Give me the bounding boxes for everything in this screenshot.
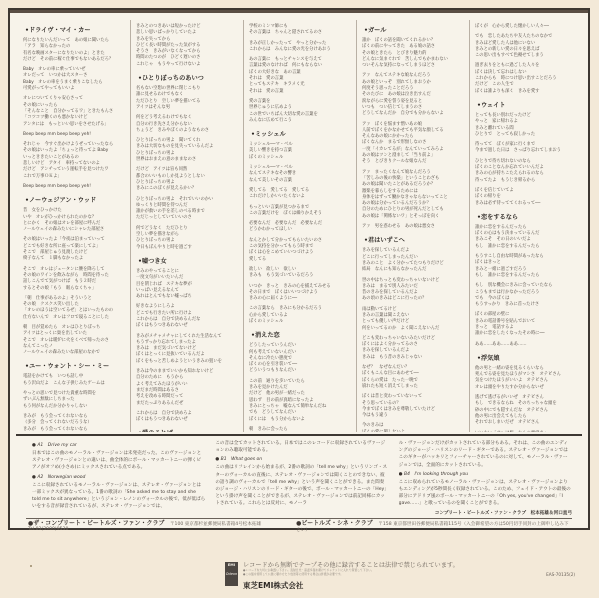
lyric-stanza: そこで オレはジュータンに腰を降ろしてその娘のワインを飲みながら 時間を待った話… xyxy=(23,267,125,292)
footer: EMI Odeon レコードから無断でテープその他に録音することは法律で禁じられ… xyxy=(225,562,565,594)
lyric-line: 仕方ないんで オレはフロで寝ることにした xyxy=(23,315,125,321)
lyric-stanza: 過ぎ去りをともに過ごした人々をぼくは決して忘れはしないこれからも 時につけ思い出… xyxy=(475,63,577,94)
lyric-stanza: なぜ？ なぜなんだい？ぼくもこんな目にあわせて──ぼくらの愛は たった一晩で崩れ… xyxy=(362,365,464,390)
lyric-line: どういうつもりなんだい xyxy=(249,368,351,374)
lyric-stanza: 他の男と一緒の姿を見るくらいなら死んでる姿を見たほうがマシさ オテビさん気をつけ… xyxy=(475,366,577,391)
lyric-line: ぼくをもっと苦しめようというきみの狙いを xyxy=(136,359,238,365)
lyric-stanza: 必要なんだ 必要なんだ 必要なんだどうかわかってほしい xyxy=(249,221,351,234)
lyric-line: 誰かに恋をしたくなったその時に── xyxy=(475,331,577,337)
fan-club-name: ●ザ・コンプリート・ビートルズ・ファン・クラブ xyxy=(28,520,164,527)
lyric-stanza: アァ まったくなんて娘なんだろう「苦しみの後の快楽」ということわざもあの娘は聞い… xyxy=(362,170,464,220)
lyric-line: ぼくには もう分からないよ xyxy=(249,417,351,423)
lyric-stanza: きみが もう会ってくれないなら（多分 会ってくれないだろうな）きみが もう会って… xyxy=(23,414,125,432)
lyric-line: 今日もぼんやりと時を過ごす xyxy=(136,245,238,251)
lyric-stanza: アァ ぼくを悩ます憎いあの娘人前でぼくをかなかせても平気な顔してるそんなあの娘に… xyxy=(362,122,464,166)
notes-middle: この音は全てカットされている。日本ではこのレコードに収録されているヴァージョンの… xyxy=(215,440,388,528)
lyric-stanza: 待ってて ぼくが家に行くまで今まで過した日は さっぱり忘れてしまおう xyxy=(475,142,577,155)
liner-notes: ● A1 Drive my car 日本ではこの曲のモノーラル・ヴァージョンは未… xyxy=(32,440,572,528)
lyric-stanza: 雨は動いてるけどきみの言葉は聞こえないとっても優しい声だけど何をいってるのか よ… xyxy=(362,307,464,332)
lyric-line: どうしてなんだか 自分でも分からないよ xyxy=(362,111,464,117)
lyric-stanza: ぼくが 心から愛した懐かしい人々── xyxy=(475,24,577,30)
lyric-line: もうすっかり きみに首ったけさ xyxy=(475,302,577,308)
lyric-line: ぼくの愛に関しないよ xyxy=(362,430,464,432)
lyrics-column: ぼくが 心から愛した懐かしい人々──でも 恋したあたちや友人たちのなかできみほど… xyxy=(470,20,582,432)
song-title: ユー・ウォント・シー・ミー xyxy=(25,361,125,370)
lyric-line: この言葉だけを ぼくは繰りかえそう xyxy=(249,211,351,217)
lyric-line: ぼくは誰よりも深く きみを愛す xyxy=(475,89,577,95)
lyric-line: 「オレのほうは空いてるぜ」とはいったものの xyxy=(23,308,125,314)
lyric-line: ちょうど きみやぼくのようなものさ xyxy=(136,128,238,134)
lyric-line: きみの心に届くように── xyxy=(249,296,351,302)
lyric-line: これじゃ もうやって行けないよ xyxy=(136,62,238,68)
song-title: ノーウェジアン・ウッド xyxy=(25,195,125,204)
song-title: 恋をするなら xyxy=(477,212,577,221)
lyric-stanza: きみとのつきあいは短かったけど悲しい思いばっかりしていたよきみを失ってからひどく… xyxy=(136,24,238,68)
lyric-line: 今まで過した日は さっぱり忘れてしまおう xyxy=(475,148,577,154)
note-heading: ● A2 Norwegian wood xyxy=(32,474,205,480)
lyric-stanza: もうすこし自由な時間があったならぼくはきっときみと一緒に過ごすだろうもし 誰かに… xyxy=(475,254,577,279)
lyric-line: もし 誰かに恋をするんだったら xyxy=(475,244,577,250)
logo-emi-text: EMI xyxy=(225,563,238,568)
lyric-stanza: Beep beep mm beep beep yeh! xyxy=(23,184,125,190)
emi-odeon-logo-icon: EMI Odeon xyxy=(225,562,238,586)
lyric-stanza: とっても長い別れだったけどやっと 家に帰れるよきみと離れている間ひとりで とって… xyxy=(475,113,577,138)
lyric-line: オレは頭をやりたすか分からないぜ xyxy=(475,385,577,391)
lyric-stanza: どうしたっていうんだい何も考えていないんだいそんなに冷たい態度でぼくの心を引き裂… xyxy=(249,343,351,374)
lyric-line: もう何がなんだか分かりゃしない xyxy=(23,404,125,410)
lyrics-column: ガール誰か ぼくの話を聞いてくれるかい？ぼくの前にやってきた ある娘の話さその娘… xyxy=(357,20,470,432)
lyric-line: 朝 きみに会ったら xyxy=(249,427,351,432)
fine-print-line: ●この盤を使用して公衆に聴かせたり放送等に使用する場合は許諾が必要です。 xyxy=(243,573,374,577)
lyric-line: その言葉は ちゃんと隠されてるのさ xyxy=(249,30,351,36)
lyric-stanza: 今のきみはぼくの愛に関しないよきみはいったいどこに行ったの？こんなに探し求めてい… xyxy=(362,423,464,432)
paper-stain xyxy=(30,565,32,567)
song-title: 消えた恋 xyxy=(251,330,351,339)
lyric-stanza: 朝 きみに会ったら窓からさんを持ってる様子だったでも もう 俺の言葉は変わった自… xyxy=(249,427,351,432)
song-title: 嘘つき女 xyxy=(138,256,238,265)
lyric-stanza: やっとの思いで見つけた貴重な時間をずいぶん無駄にしちまったもう何がなんだか分かり… xyxy=(23,391,125,410)
lyric-stanza: ぼくを信じていてよぼくの帰りをきみは必ず待っててくれるって── xyxy=(475,188,577,207)
lyric-line: ノールウェイの森みたいな部屋のなかで xyxy=(23,350,125,356)
lyric-stanza: 朝 目が覚めたら オレはひとりぼっちアイツはとっくに巣を出していたそこで オレは… xyxy=(23,325,125,356)
lyric-line: Beep beep mm beep beep yeh! xyxy=(23,132,125,138)
lyric-stanza: これからは 自分で決めろよぼくはもうつきあわないぜ xyxy=(136,411,238,424)
fine-print: ●レコードを大切にお取扱い下さい。直射日光・高温多湿を避けてジャケットに入れて保… xyxy=(243,569,374,576)
song-title: ミッシェル xyxy=(251,129,351,138)
song-title: 君はいずこへ xyxy=(364,235,464,244)
lyric-stanza: 電話をかけても いつも話し中もう沢山だよ こんな子供じみたゲームは xyxy=(23,374,125,387)
note-heading: ● A1 Drive my car xyxy=(32,442,205,448)
lyric-line: ぼくのミッシェル xyxy=(249,155,351,161)
lyric-line: 椅子なんて １脚もなかったよ xyxy=(23,256,125,262)
lyric-stanza: もし 別な機会にきみに会っていたならこうもまでは行かなかっただろうでも 今のぼく… xyxy=(475,283,577,308)
lyric-line: 世界はおまえの意のままなのさ xyxy=(136,157,238,163)
lyric-stanza: 世の中はちっとも変わっちゃいないけどきみは まるで別人みたいだ昔のきみを探してい… xyxy=(362,278,464,303)
lyric-line: きみにこのぼくが見えるかい？ xyxy=(136,186,238,192)
lyrics-column: 学校のミンマ師にもその言葉は ちゃんと隠されてるのさきみが正しかったって やっと… xyxy=(244,20,357,432)
lyric-stanza: 何でどうなく ただひとり空しい夢を描きながらひとりぼっちの男よ今日もぼんやりと時… xyxy=(136,226,238,251)
note-heading: ● B4 I'm looking through you xyxy=(399,471,572,477)
notes-left: ● A1 Drive my car 日本ではこの曲のモノーラル・ヴァージョンは未… xyxy=(32,440,205,528)
song-title: 愛のことば xyxy=(138,428,238,432)
lyric-stanza: もっといい言葉が見つかるまでこの言葉だけを ぼくは繰りかえそう xyxy=(249,205,351,218)
lyric-stanza: 昔 女をひっかけたいや オレがひっかけられたのかな？とにかく その娘はオレを部屋… xyxy=(23,208,125,233)
note-signature: コンプリート・ビートルズ・ファン・クラブ 松本拓雄＆河口直弓 xyxy=(399,510,572,516)
lyric-line: 待ってたよ もうじき帰るから xyxy=(475,178,577,184)
song-title: ガール xyxy=(364,25,464,34)
lyric-stanza: その娘はいったよ「今夜は泊まっていってどこでも好きな所に座って楽にしてよ」そこで… xyxy=(23,237,125,262)
lyric-stanza: ぼくは昔と変わっていないってそう思っているの？今までぼくはきみを尊敬していたけど… xyxy=(362,394,464,419)
notes-right: ル・ヴァージョンだけがカットされている部分もある。それは、この曲のエンディングの… xyxy=(399,440,572,528)
song-title: 浮気娘 xyxy=(477,353,577,362)
song-title: ウェイト xyxy=(477,100,577,109)
lyric-stanza: アァ なんてステキな娘なんだろうあの娘といっぞ 別れてしまおうか何度そう思ったこ… xyxy=(362,73,464,117)
lyric-stanza: ひとりぼっちの男よ それでいいのかいゆっくりと時間を待つんだ誰かが救いの手を差し… xyxy=(136,197,238,222)
lyric-line: そう とびきりクールな娘なんだ xyxy=(362,159,464,165)
lyric-line: なんて美しいその言葉 xyxy=(249,178,351,184)
lyric-line: それでおしまいだぜ オテビさん xyxy=(475,420,577,426)
lyric-stanza: 逃げて逃げるがいいぜ オテビさんもし できるならね そのちっちゃな頭を砂の中にで… xyxy=(475,395,577,426)
lyric-line: いいかい「オレは根っからの悪党さ」 xyxy=(475,431,577,432)
lyric-line: だけど その前に稼ぐ仕事でもないあるだろ？ xyxy=(23,57,125,63)
lyrics-columns: ドライヴ・マイ・カー何になりたいんだいって あの娘に聞いたら「アラ 知らなかった… xyxy=(18,20,582,432)
lyric-stanza: いつか きっと きみの心を捕えてみせるその日まで ぼくはいいつづけようきみの心に… xyxy=(249,284,351,303)
top-rule xyxy=(10,10,588,13)
lyric-stanza: きみがメチャメチャにしてくれた生活なんてもうずっかり忘れてしまったよきみは まだ… xyxy=(136,334,238,365)
lyric-stanza: それじゃ 今すぐ出かけようぜっていったならその娘はいったよ「ちょっと待ってよ B… xyxy=(23,142,125,180)
lyric-stanza: 欲しい 欲しい 欲しいきみも もう気づいているだろう xyxy=(249,267,351,280)
lyric-stanza: 何になりたいんだいって あの娘に聞いたら「アラ 知らなかったの有名な映画スターに… xyxy=(23,38,125,63)
lyric-line: アンタには もっといい思いをさせたげる」 xyxy=(23,122,125,128)
lyric-stanza: 誰か ぼくの話を聞いてくれるかい？ぼくの前にやってきた ある娘の話さその娘ときた… xyxy=(362,38,464,69)
lyric-line: ぼくが 心から愛した懐かしい人々── xyxy=(475,24,577,30)
lyric-line: あの頃のきみはどこに行ったの？ xyxy=(362,296,464,302)
lyric-stanza: この前 通りを歩いていたらきみを見かけたんだだけど 他の男が一緒だった思わず 目… xyxy=(249,379,351,423)
lyric-stanza: でも 恋したあたちや友人たちのなかできみほど愛した人は他にいないきみとの新しい愛… xyxy=(475,34,577,59)
lyric-line: 結局 なんにも知らなかったんだ xyxy=(362,267,464,273)
lyric-stanza: ひとりぼっちの男よ 聞いてくれきみは大切なものを見失っているんだよひとりぼっちの… xyxy=(136,138,238,163)
lyric-line: あの娘は「関係ないワ」とそっぽを向く xyxy=(362,214,464,220)
lyric-line: きみは もう昔のきみじゃない xyxy=(362,355,464,361)
lyric-line: アァ 男を惑わせる あの娘は悪女さ xyxy=(362,224,464,230)
lyric-stanza: Beep beep mm beep beep yeh! xyxy=(23,132,125,138)
lyric-line: きみは必ず待っててくれるって── xyxy=(475,201,577,207)
song-title: ひとりぼっちのあいつ xyxy=(138,73,238,82)
lyric-line: 何をいってるのか よく聞こえないんだ xyxy=(362,326,464,332)
lyric-line: Beep beep mm beep beep yeh! xyxy=(23,184,125,190)
lyric-line: もう沢山だよ こんな子供じみたゲームは xyxy=(23,381,125,387)
lyric-line: ただじっとしていていいのさ xyxy=(136,215,238,221)
lyric-line: ぼくはもうつきあわないぜ xyxy=(136,323,238,329)
note-text: 日本ではこの曲のモノーラル・ヴァージョンは未発売だった。このヴァージョンとステレ… xyxy=(32,450,205,472)
lyric-line: ついそんな気持になってしまうほどさ xyxy=(362,63,464,69)
lyric-stanza: アァ 男を惑わせる あの娘は悪女さ xyxy=(362,224,464,230)
lyric-line: するとその娘「もう 眠らなくちゃ」 xyxy=(23,286,125,292)
note-text: ここに収められているモノーラル・ヴァージョンは、ステレオ・ヴァージョンよりもエン… xyxy=(399,479,572,508)
lyric-stanza: ひとりで待ち切れないのならぼくのことなんか忘れていいんだよきみの心が持ちこたえら… xyxy=(475,159,577,184)
logo-odeon-text: Odeon xyxy=(225,572,238,577)
note-text: ル・ヴァージョンだけがカットされている部分もある。それは、この曲のエンディングの… xyxy=(399,440,572,469)
lyric-stanza: この言葉なら きみにも分かるだろう心から愛しているよぼくのミッシェル xyxy=(249,306,351,325)
lyric-line: ああ……ああ……ああ…… xyxy=(475,342,577,348)
song-title: ドライヴ・マイ・カー xyxy=(25,25,125,34)
note-text: この曲はリフレインから始まるが、2番の歌詞の「tell me why」というリン… xyxy=(215,464,388,507)
lyric-stanza: どこも変わっちゃいないみたいだけどぼくにはよく分かってるのさきみを探しているんだ… xyxy=(362,336,464,361)
lyric-stanza: きみが正しかったって やっと分かったこれからは みんなに愛の光を分けあおう xyxy=(249,41,351,54)
lyric-stanza: 誰かに恋をするんだったらぼくの心はもう決まっているんだきみこそ その日のいいだよ… xyxy=(475,225,577,250)
company-name: 東芝EMI株式会社 xyxy=(243,580,303,591)
lyric-line: 愛してる xyxy=(249,257,351,263)
lyric-stanza: 愛してる 愛してる 愛してるこれだけしかいいたくないよ xyxy=(249,188,351,201)
fan-club-left: ●ザ・コンプリート・ビートルズ・ファン・クラブ 〒100 東京都杉並郵便局私書箱… xyxy=(28,518,296,532)
fan-club-bar: ●ザ・コンプリート・ビートルズ・ファン・クラブ 〒100 東京都杉並郵便局私書箱… xyxy=(28,520,572,530)
lyric-line: みんなに広めて行こう xyxy=(249,118,351,124)
lyric-stanza: 名もない空想の世界に閉じこもり誰に見せるわけでもなくただひとり 空しい夢を描いて… xyxy=(136,86,238,111)
lyric-line: アイツはそんな男 xyxy=(136,105,238,111)
lyric-stanza: だけど アイツは盲も同然都合のいいものしか見ようとしないひとりぼっちの男よきみに… xyxy=(136,167,238,192)
cine-club-name: ●ビートルズ・シネ・クラブ xyxy=(296,520,373,527)
lyric-line: この思い出もすべて色褪せてしまう xyxy=(475,53,577,59)
note-heading: ● B1 What goes on xyxy=(215,456,388,462)
lyric-line: これで万事ＯＫよ」 xyxy=(23,174,125,180)
lyric-line: これからは みんなに愛の光を分けあおう xyxy=(249,47,351,53)
lyric-line: ぼくのミッシェル xyxy=(249,319,351,325)
note-text: ここに収録されているモノーラル・ヴァージョンは、ステレオ・ヴァージョンとは一部ミ… xyxy=(32,482,205,511)
lyric-stanza: 好きなようにしろよどこでも行きたい所に行けよこれからは 自分で決めるんだなぼくは… xyxy=(136,304,238,329)
lyric-line: きみが もう会ってくれないなら xyxy=(23,427,125,432)
lyric-line: 崩れたも短く消えてしまった xyxy=(362,384,464,390)
lyric-line: どうかわかってほしい xyxy=(249,227,351,233)
lyric-line: 可愛がってやってもいいよ xyxy=(23,86,125,92)
lyric-line: これだけしかいいたくないよ xyxy=(249,194,351,200)
lyric-stanza: なんとかして分かってもらいたいのさこの気持を分かってもらう時までぼくは心をこめて… xyxy=(249,238,351,263)
lyrics-column: ドライヴ・マイ・カー何になりたいんだいって あの娘に聞いたら「アラ 知らなかった… xyxy=(18,20,131,432)
catalog-number: EAS-70135(2) xyxy=(546,572,575,577)
lyrics-column: きみとのつきあいは短かったけど悲しい思いばっかりしていたよきみを失ってからひどく… xyxy=(131,20,244,432)
lyric-line: それは 愛の言葉 xyxy=(249,89,351,95)
lyric-line: ひとりで とっても寂しかった xyxy=(475,132,577,138)
lyric-line: ぼくはもうつきあわないぜ xyxy=(136,417,238,423)
lyric-stanza: きみを探しているんだよどこに行ってしまったんだいきみのこと よく分かってたつもり… xyxy=(362,248,464,273)
lyric-stanza: 愛の言葉を世界じゅうに広めようこの世でいちばん大切な愛の言葉をみんなに広めて行こ… xyxy=(249,99,351,124)
lyric-line: 今はもう違う xyxy=(362,413,464,419)
lyric-line: もし 誰かに恋をするんだったら xyxy=(475,273,577,279)
fan-club-right: ●ビートルズ・シネ・クラブ 〒158 東京都世田谷郵便局私書箱115号（入会御希… xyxy=(296,518,572,533)
lyric-stanza: ミッシェル──マ・ベルなんてステキなその響きなんて美しいその言葉 xyxy=(249,165,351,184)
lyric-stanza: きみは今のままでいいかも知れないけど自分のために もうからよく考えてみたほうがい… xyxy=(136,369,238,407)
lyric-stanza: ああ……ああ……ああ…… xyxy=(475,342,577,348)
lyric-stanza: 「朝 仕事があるのよ」そういうとその娘 クスクス笑い出した「オレのほうは空いてる… xyxy=(23,296,125,321)
lyric-line: まだたっぷりあるんだぜ xyxy=(136,401,238,407)
lyric-stanza: Baby オレの車に乗っていいぜオレだって いつかは大スターさBaby オレの車… xyxy=(23,67,125,92)
lyric-stanza: 何をどう考えるわけでもなく自分の行き先さえ分からないちょうど きみやぼくのような… xyxy=(136,115,238,134)
lyric-line: ノールウェイの森みたいにシャレた部屋さ xyxy=(23,227,125,233)
lyric-stanza: ぼくの部屋の壁にきみの電話番号を貼んでおいてきっと 電話するよ誰かに恋をしたくな… xyxy=(475,312,577,337)
lyric-stanza: きみのやってることに一度文句がいいたいんだ目を閉じれば ステキな夢がいっぱい見え… xyxy=(136,269,238,300)
lyric-stanza: オレについてくりゃ安心さってその娘にいったら「そんなこと 自分かってるワ」ときた… xyxy=(23,96,125,127)
lyric-stanza: いいかい「オレは根っからの悪党さ」このヤキモチやきは生まれつきだだけど おまえを… xyxy=(475,431,577,432)
lyric-stanza: あの言葉に もっとチャンスを与えて言葉は愛のなければ 何にもならないぼくの大好き… xyxy=(249,57,351,95)
lyric-line: あれはとんでもない嘘っぱち xyxy=(136,294,238,300)
lyric-line: きみも もう気づいているだろう xyxy=(249,273,351,279)
note-text: この音は全てカットされている。日本ではこのレコードに収録されているヴァージョンの… xyxy=(215,440,388,454)
lyric-stanza: 学校のミンマ師にもその言葉は ちゃんと隠されてるのさ xyxy=(249,24,351,37)
lyrics-sheet: ドライヴ・マイ・カー何になりたいんだいって あの娘に聞いたら「アラ 知らなかった… xyxy=(8,8,590,530)
lyric-stanza: ミッシェル──マ・ベル美しい響きを持つ言葉ぼくのミッシェル xyxy=(249,142,351,161)
section-divider xyxy=(16,434,582,436)
